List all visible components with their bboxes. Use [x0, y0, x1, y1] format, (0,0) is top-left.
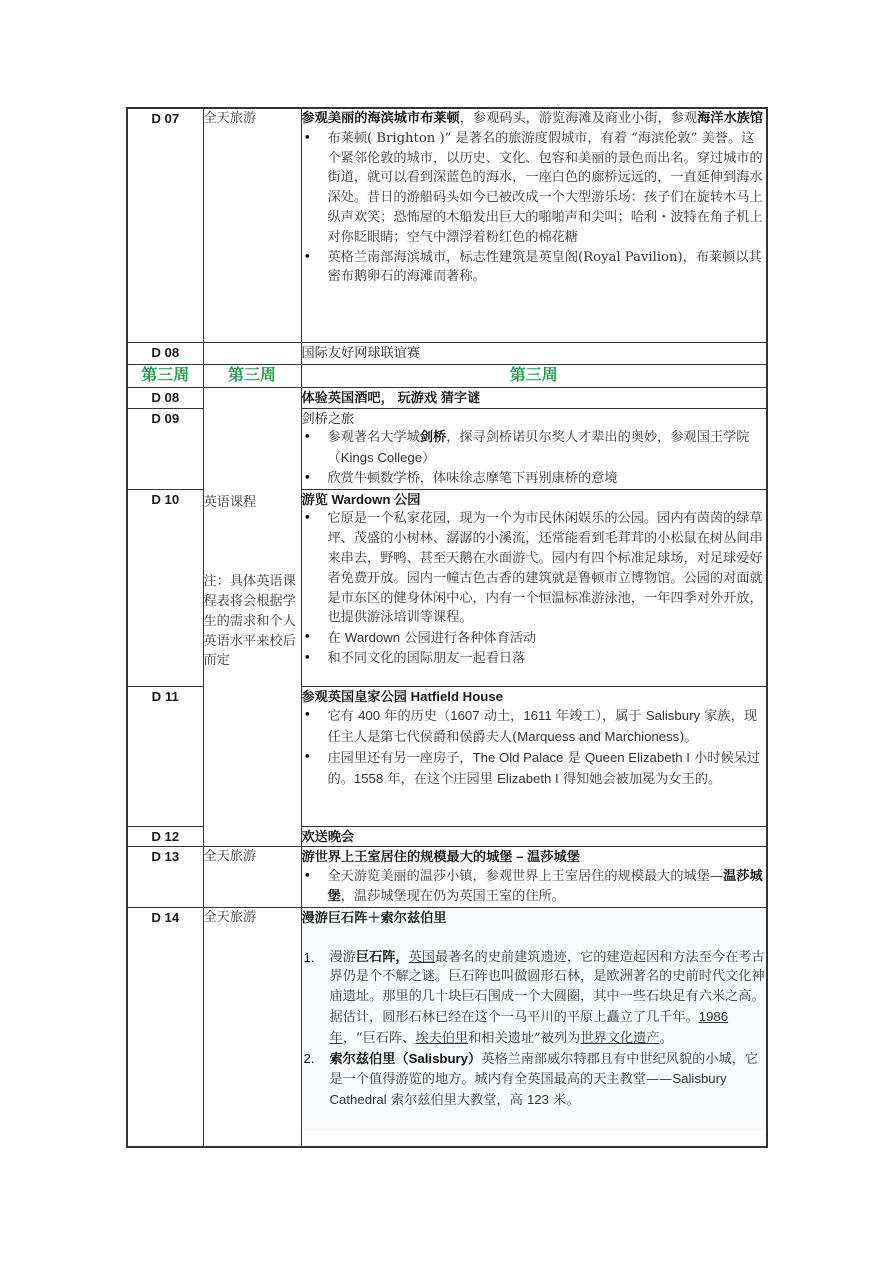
day-cell: D 11	[127, 686, 203, 826]
activity-content-cell: 参观美丽的海滨城市布莱顿，参观码头，游览海滩及商业小街，参观海洋水族馆 布莱顿(…	[301, 108, 767, 342]
activity-title: 参观英国皇家公园 Hatfield House	[302, 687, 767, 707]
table-row-d13: D 13 全天旅游 游世界上王室居住的规模最大的城堡 – 温莎城堡 全天游览美丽…	[127, 847, 767, 907]
list-item: 和不同文化的国际朋友一起看日落	[302, 649, 767, 669]
activity-title: 游世界上王室居住的规模最大的城堡 – 温莎城堡	[302, 847, 767, 867]
activity-title: 漫游巨石阵＋索尔兹伯里	[302, 908, 767, 928]
list-item: 它原是一个私家花园，现为一个为市民休闲娱乐的公园。园内有茵茵的绿草坪、茂盛的小树…	[302, 509, 767, 628]
table-row-d14: D 14 全天旅游 漫游巨石阵＋索尔兹伯里 1. 漫游巨石阵，英国最著名的史前建…	[127, 907, 767, 1147]
day-cell: D 13	[127, 847, 203, 907]
activity-content-cell: 游览 Wardown 公园 它原是一个私家花园，现为一个为市民休闲娱乐的公园。园…	[301, 489, 767, 686]
list-item: 庄园里还有另一座房子，The Old Palace 是 Queen Elizab…	[302, 748, 767, 790]
day-cell: D 07	[127, 108, 203, 342]
list-item: 参观著名大学城剑桥，探寻剑桥诺贝尔奖人才辈出的奥妙，参观国王学院（Kings C…	[302, 428, 767, 469]
day-cell: D 12	[127, 826, 203, 847]
activity-title: 游览 Wardown 公园	[302, 490, 767, 510]
table-row-d08-tennis: D 08 国际友好网球联谊赛	[127, 342, 767, 364]
bullet-list: 全天游览美丽的温莎小镇，参观世界上王室居住的规模最大的城堡—温莎城堡，温莎城堡现…	[302, 867, 767, 907]
week-label: 第三周	[127, 364, 203, 387]
numbered-list: 1. 漫游巨石阵，英国最著名的史前建筑遗迹，它的建造起因和方法至今在考古界仍是个…	[302, 948, 767, 1111]
list-item: 欣赏牛顿数学桥，体味徐志摩笔下再别康桥的意境	[302, 469, 767, 489]
day-cell: D 14	[127, 907, 203, 1147]
week-header-row: 第三周 第三周 第三周	[127, 364, 767, 387]
activity-type-cell: 全天旅游	[203, 907, 301, 1147]
list-item: 它有 400 年的历史（1607 动土，1611 年竣工），属于 Salisbu…	[302, 706, 767, 748]
course-note: 注：具体英语课程表将会根据学生的需求和个人英语水平来校后而定	[204, 572, 301, 671]
title-bold-part: 海洋水族馆	[697, 111, 763, 126]
activity-title: 参观美丽的海滨城市布莱顿，参观码头，游览海滩及商业小街，参观海洋水族馆	[302, 109, 767, 129]
list-number: 1.	[304, 948, 315, 968]
activity-title: 国际友好网球联谊赛	[301, 342, 767, 364]
activity-content-cell: 参观英国皇家公园 Hatfield House 它有 400 年的历史（1607…	[301, 686, 767, 826]
table-row-d07: D 07 全天旅游 参观美丽的海滨城市布莱顿，参观码头，游览海滩及商业小街，参观…	[127, 108, 767, 342]
list-number: 2.	[304, 1049, 315, 1069]
spacer	[302, 928, 767, 948]
list-item: 英格兰南部海滨城市，标志性建筑是英皇阁(Royal Pavilion)，布莱顿以…	[302, 248, 767, 288]
day-cell: D 08	[127, 387, 203, 408]
day-cell: D 09	[127, 408, 203, 489]
bullet-list: 布莱顿( Brighton )” 是著名的旅游度假城市，有着 “海滨伦敦” 美誉…	[302, 129, 767, 287]
bullet-list: 它原是一个私家花园，现为一个为市民休闲娱乐的公园。园内有茵茵的绿草坪、茂盛的小树…	[302, 509, 767, 668]
itinerary-table: D 07 全天旅游 参观美丽的海滨城市布莱顿，参观码头，游览海滩及商业小街，参观…	[126, 107, 768, 1148]
link-avebury[interactable]: 埃夫伯里	[415, 1031, 468, 1046]
week-label: 第三周	[203, 364, 301, 387]
day-cell: D 08	[127, 342, 203, 364]
bullet-list: 它有 400 年的历史（1607 动土，1611 年竣工），属于 Salisbu…	[302, 706, 767, 789]
list-item: 布莱顿( Brighton )” 是著名的旅游度假城市，有着 “海滨伦敦” 美誉…	[302, 129, 767, 248]
list-item: 1. 漫游巨石阵，英国最著名的史前建筑遗迹，它的建造起因和方法至今在考古界仍是个…	[302, 948, 767, 1049]
activity-type-cell: 全天旅游	[203, 108, 301, 342]
activity-title: 欢送晚会	[301, 826, 767, 847]
list-item: 2. 索尔兹伯里（Salisbury）英格兰南部威尔特郡且有中世纪风貌的小城，它…	[302, 1049, 767, 1111]
shaded-content-block: 漫游巨石阵＋索尔兹伯里 1. 漫游巨石阵，英国最著名的史前建筑遗迹，它的建造起因…	[302, 908, 767, 1131]
list-item: 在 Wardown 公园进行各种体育活动	[302, 628, 767, 649]
activity-type-cell	[203, 342, 301, 364]
list-item: 全天游览美丽的温莎小镇，参观世界上王室居住的规模最大的城堡—温莎城堡，温莎城堡现…	[302, 867, 767, 907]
title-plain-part: ，参观码头，游览海滩及商业小街，参观	[460, 111, 697, 126]
activity-content-cell: 漫游巨石阵＋索尔兹伯里 1. 漫游巨石阵，英国最著名的史前建筑遗迹，它的建造起因…	[301, 907, 767, 1147]
day-cell: D 10	[127, 489, 203, 686]
activity-content-cell: 游世界上王室居住的规模最大的城堡 – 温莎城堡 全天游览美丽的温莎小镇，参观世界…	[301, 847, 767, 907]
course-label: 英语课程	[204, 493, 301, 513]
week-label: 第三周	[301, 364, 767, 387]
link-england[interactable]: 英国	[409, 950, 435, 965]
link-world-heritage[interactable]: 世界文化遗产	[580, 1031, 659, 1046]
table-row-d08-pub: D 08 英语课程 注：具体英语课程表将会根据学生的需求和个人英语水平来校后而定…	[127, 387, 767, 408]
activity-content-cell: 剑桥之旅 参观著名大学城剑桥，探寻剑桥诺贝尔奖人才辈出的奥妙，参观国王学院（Ki…	[301, 408, 767, 489]
activity-title: 体验英国酒吧， 玩游戏 猜字谜	[301, 387, 767, 408]
english-course-cell: 英语课程 注：具体英语课程表将会根据学生的需求和个人英语水平来校后而定	[203, 387, 301, 847]
activity-title: 剑桥之旅	[302, 409, 767, 429]
activity-type-cell: 全天旅游	[203, 847, 301, 907]
title-bold-part: 参观美丽的海滨城市布莱顿	[302, 111, 460, 126]
bullet-list: 参观著名大学城剑桥，探寻剑桥诺贝尔奖人才辈出的奥妙，参观国王学院（Kings C…	[302, 428, 767, 488]
